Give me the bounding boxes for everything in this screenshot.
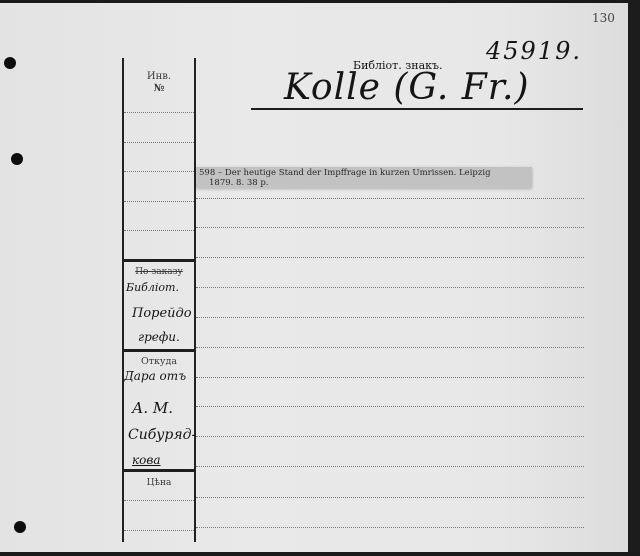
inventory-label: Инв. (124, 71, 194, 82)
source-handwritten-3: Сибуряд- (128, 427, 196, 443)
section-divider (124, 259, 194, 262)
ruled-line (196, 436, 584, 437)
section-divider (124, 469, 194, 472)
heading-underline (251, 108, 583, 110)
price-label: Цѣна (124, 478, 194, 488)
shelfmark-value: 45919. (486, 37, 582, 65)
section-divider (124, 349, 194, 352)
ruled-line (124, 230, 194, 231)
ruled-line (124, 112, 194, 113)
inventory-number-label: № (124, 83, 194, 94)
order-label: По заказу (124, 267, 194, 277)
order-handwritten-2: Порейдо (132, 306, 192, 321)
ruled-line (196, 227, 584, 228)
ruled-line (124, 530, 194, 531)
ruled-line (196, 377, 584, 378)
ruled-line (196, 466, 584, 467)
ruled-line (196, 406, 584, 407)
ruled-line (196, 198, 584, 199)
author-heading: Kolle (G. Fr.) (284, 67, 530, 108)
scan-border-right (628, 0, 640, 556)
ruled-line (196, 257, 584, 258)
entry-line-2: 1879. 8. 38 p. (199, 179, 532, 189)
ruled-line (124, 500, 194, 501)
punch-hole-middle (11, 153, 23, 165)
source-handwritten-1: Дара отъ (124, 369, 186, 383)
ruled-line (196, 527, 584, 528)
ruled-line (196, 497, 584, 498)
order-handwritten-3: грефи. (138, 330, 180, 344)
source-handwritten-4: кова (132, 453, 161, 467)
catalog-card: 130 Инв. № По заказу Библіот. Порейдо гр… (0, 3, 628, 552)
corner-number: 130 (592, 11, 615, 25)
ruled-line (196, 317, 584, 318)
scan-border-bottom (0, 552, 640, 556)
bibliographic-entry: 598 – Der heutige Stand der Impffrage in… (196, 167, 532, 188)
source-handwritten-2: А. М. (132, 399, 173, 417)
punch-hole-bottom (14, 521, 26, 533)
ruled-line (196, 347, 584, 348)
ruled-line (124, 201, 194, 202)
source-label: Откуда (124, 356, 194, 367)
punch-hole-top (4, 57, 16, 69)
order-handwritten-1: Библіот. (126, 281, 179, 294)
left-column-divider (194, 58, 196, 542)
ruled-line (124, 142, 194, 143)
ruled-line (196, 287, 584, 288)
ruled-line (124, 171, 194, 172)
